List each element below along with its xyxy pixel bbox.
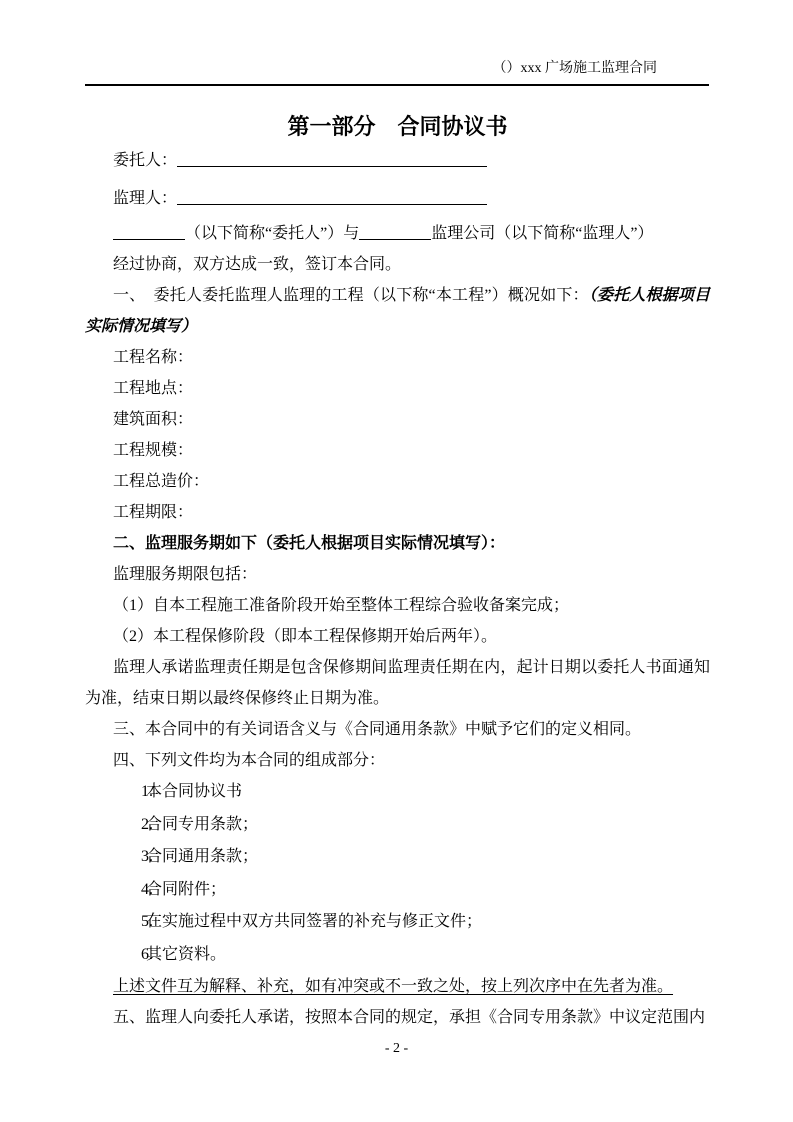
project-field-location: 工程地点： — [85, 373, 710, 404]
party-field-client: 委托人： — [85, 142, 710, 180]
list-item: 4.合同附件； — [85, 874, 710, 907]
list-item: 6.其它资料。 — [85, 939, 710, 972]
list-item: 1.本合同协议书 — [85, 776, 710, 809]
blank-fill-line — [177, 153, 487, 167]
clause-two-heading: 二、监理服务期如下（委托人根据项目实际情况填写）： — [85, 528, 710, 559]
intro-line: （以下简称“委托人”）与监理公司（以下简称“监理人”） — [85, 218, 710, 249]
blank-fill-line — [113, 226, 185, 240]
party-field-client-label: 委托人： — [113, 152, 177, 169]
party-field-supervisor-label: 监理人： — [113, 190, 177, 207]
header-title: （）xxx 广场施工监理合同 — [493, 60, 658, 78]
clause-two-line-stage1: （1）自本工程施工准备阶段开始至整体工程综合验收备案完成； — [85, 590, 710, 621]
clause-one-text: 一、 委托人委托监理人监理的工程（以下称“本工程”）概况如下： — [113, 287, 589, 304]
document-page: （）xxx 广场施工监理合同 第一部分 合同协议书 委托人： 监理人： （以下简… — [0, 0, 793, 1122]
list-item-text: 合同附件； — [146, 881, 226, 898]
party-field-supervisor: 监理人： — [85, 180, 710, 218]
document-body: 第一部分 合同协议书 委托人： 监理人： （以下简称“委托人”）与监理公司（以下… — [85, 104, 710, 1033]
clause-three: 三、本合同中的有关词语含义与《合同通用条款》中赋予它们的定义相同。 — [85, 714, 710, 745]
priority-note: 上述文件互为解释、补充，如有冲突或不一致之处，按上列次序中在先者为准。 — [85, 971, 710, 1002]
project-field-cost: 工程总造价： — [85, 466, 710, 497]
page-number: - 2 - — [385, 1041, 408, 1056]
list-item-text: 本合同协议书 — [146, 783, 242, 800]
project-field-scale: 工程规模： — [85, 435, 710, 466]
list-item-text: 其它资料。 — [146, 946, 226, 963]
clause-two-line-scope: 监理服务期限包括： — [85, 559, 710, 590]
intro-segment-2: 监理公司（以下简称“监理人”） — [431, 225, 653, 242]
page-footer: - 2 - — [0, 1040, 793, 1057]
list-item: 5.在实施过程中双方共同签署的补充与修正文件； — [85, 906, 710, 939]
list-item-text: 合同通用条款； — [146, 848, 258, 865]
intro-segment-1: （以下简称“委托人”）与 — [185, 225, 359, 242]
document-title: 第一部分 合同协议书 — [85, 112, 710, 142]
project-field-duration: 工程期限： — [85, 497, 710, 528]
clause-five: 五、监理人向委托人承诺，按照本合同的规定，承担《合同专用条款》中议定范围内 — [85, 1002, 710, 1033]
clause-two-line-stage2: （2）本工程保修阶段（即本工程保修期开始后两年）。 — [85, 621, 710, 652]
clause-one: 一、 委托人委托监理人监理的工程（以下称“本工程”）概况如下：（委托人根据项目实… — [85, 280, 710, 342]
list-item-number: 3. — [113, 841, 146, 874]
project-field-area: 建筑面积： — [85, 404, 710, 435]
list-item-text: 在实施过程中双方共同签署的补充与修正文件； — [146, 913, 482, 930]
project-field-name: 工程名称： — [85, 342, 710, 373]
list-item: 2.合同专用条款； — [85, 809, 710, 842]
list-item-text: 合同专用条款； — [146, 816, 258, 833]
clause-four-heading: 四、下列文件均为本合同的组成部分： — [85, 745, 710, 776]
header-rule — [85, 84, 709, 86]
list-item-number: 5. — [113, 906, 146, 939]
clause-two-commitment: 监理人承诺监理责任期是包含保修期间监理责任期在内，起计日期以委托人书面通知为准，… — [85, 652, 710, 714]
list-item: 3.合同通用条款； — [85, 841, 710, 874]
list-item-number: 2. — [113, 809, 146, 842]
blank-fill-line — [177, 191, 487, 205]
list-item-number: 4. — [113, 874, 146, 907]
list-item-number: 6. — [113, 939, 146, 972]
blank-fill-line — [359, 226, 431, 240]
intro-continuation: 经过协商，双方达成一致，签订本合同。 — [85, 249, 710, 280]
list-item-number: 1. — [113, 776, 146, 809]
